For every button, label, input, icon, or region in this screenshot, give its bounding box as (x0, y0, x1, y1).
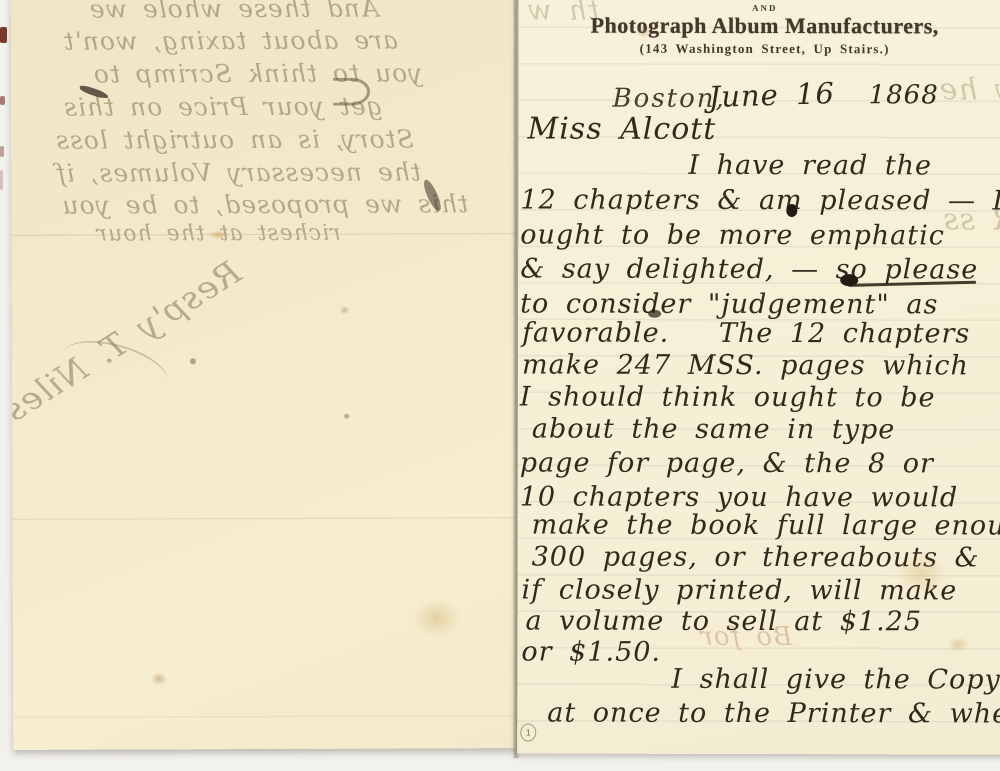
bleedthrough-snippet: ly he (939, 72, 1000, 107)
body-line: page for page, & the 8 or (520, 447, 934, 479)
body-line: if closely printed, will make (522, 574, 958, 606)
body-line: 12 chapters & am pleased — I (520, 184, 1000, 216)
body-line: ought to be more emphatic (520, 219, 945, 251)
body-line: I should think ought to be (520, 381, 936, 413)
age-stain (340, 306, 350, 315)
scan-edge-fragment (0, 27, 7, 43)
scan-edge-fragment (0, 146, 4, 157)
bleedthrough-line: the necessary Volumes, if (55, 157, 421, 187)
bleedthrough-line: Story, is an outright loss (55, 124, 414, 154)
bleedthrough-line: you to think Scrimp to (93, 58, 423, 88)
scan-edge-fragment (0, 170, 3, 190)
fold-crease (13, 517, 516, 521)
body-line: make 247 MSS. pages which (522, 349, 969, 381)
dateline-year: 1868 (869, 80, 939, 110)
ink-blot (786, 204, 797, 217)
letter-scan: And these whole we are about taxing, won… (0, 0, 1000, 771)
age-stain (413, 598, 461, 638)
letter-page-right: th w ly he R ss Bo for BOOKSELLERS, PUBL… (517, 0, 1000, 755)
body-line: 10 chapters you have would (520, 481, 959, 513)
letter-page-left: And these whole we are about taxing, won… (11, 0, 517, 750)
bleedthrough-line: this we proposed, to be you (61, 189, 468, 219)
bleedthrough-signature: Resp'y T. Niles (11, 252, 248, 430)
body-line: I have read the (688, 150, 932, 182)
body-line: or $1.50. (521, 636, 661, 667)
speck (190, 358, 196, 364)
age-stain (151, 672, 167, 685)
salutation: Miss Alcott (527, 112, 716, 147)
speck (344, 414, 349, 419)
letterhead-business-name: Photograph Album Manufacturers, (519, 12, 1000, 39)
body-line: & say delighted, — so please (520, 253, 978, 285)
body-line: make the book full large enough (532, 510, 1000, 542)
body-line: at once to the Printer & when (547, 698, 1000, 730)
body-line: a volume to sell at $1.25 (525, 606, 922, 638)
dateline-date: June 16 (708, 76, 835, 114)
ink-blot (648, 310, 661, 318)
body-line: about the same in type (532, 414, 895, 446)
bleedthrough-line: are about taxing, won't (63, 26, 398, 56)
scan-edge-fragment (0, 96, 5, 105)
ink-showthrough-curl (333, 78, 370, 106)
page-number-marker: 1 (520, 723, 536, 741)
letterhead-address: (143 Washington Street, Up Stairs.) (519, 40, 1000, 57)
age-stain (947, 636, 969, 652)
bleedthrough-line: And these whole we (89, 0, 379, 24)
ink-blot (840, 274, 858, 286)
fold-crease (13, 715, 516, 719)
age-stain (896, 552, 948, 594)
age-stain (208, 230, 230, 239)
body-line: favorable. The 12 chapters (522, 317, 970, 349)
body-line: to consider "judgement" as (520, 288, 938, 320)
body-line: I shall give the Copy (671, 664, 1000, 696)
age-stain (635, 26, 653, 38)
